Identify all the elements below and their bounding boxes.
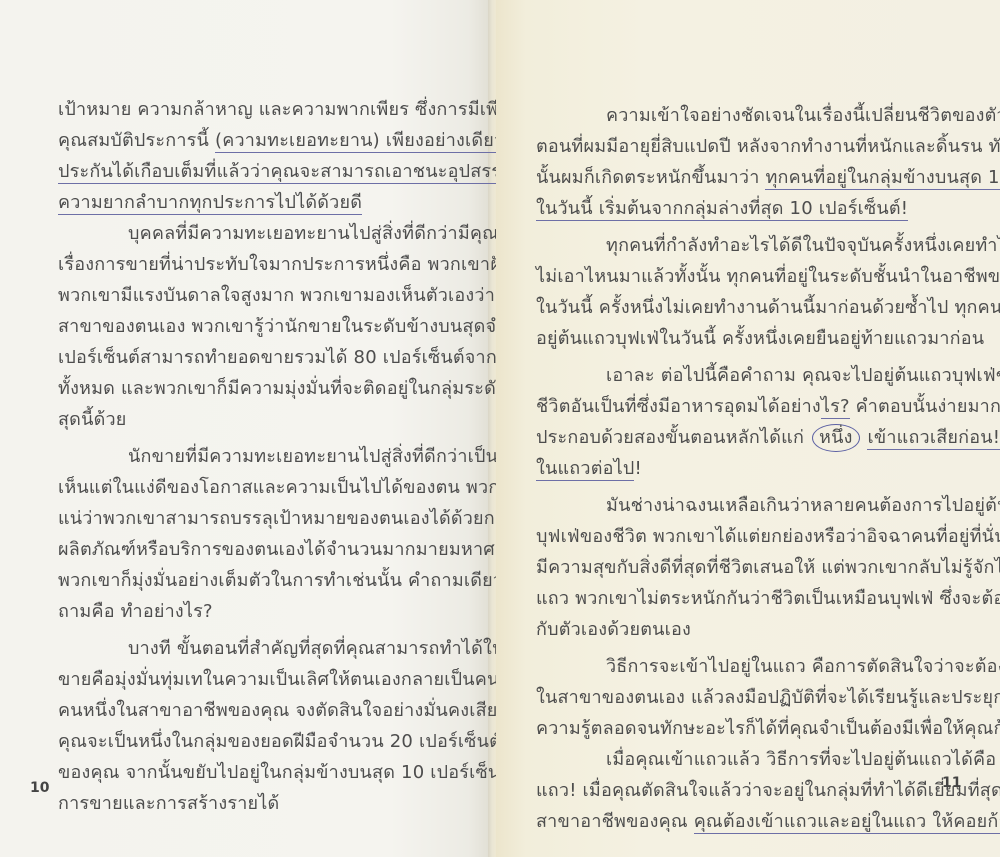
text-line-underlined: สาขาอาชีพของคุณ คุณต้องเข้าแถวและอยู่ในแ…	[536, 806, 951, 837]
text-line: ไม่เอาไหนมาแล้วทั้งนั้น ทุกคนที่อยู่ในระ…	[536, 261, 951, 292]
paragraph-start: บุคคลที่มีความทะเยอทะยานไปสู่สิ่งที่ดีกว…	[58, 218, 458, 249]
text-line: ของคุณ จากนั้นขยับไปอยู่ในกลุ่มข้างบนสุด…	[58, 757, 458, 788]
pen-underline: (ความทะเยอทะยาน) เพียงอย่างเดียวก็รับ	[215, 130, 537, 153]
paragraph-start: ความเข้าใจอย่างชัดเจนในเรื่องนี้เปลี่ยนช…	[536, 100, 951, 131]
pen-underline: ไร?	[821, 396, 850, 419]
pen-underline: ทุกคนที่อยู่ในกลุ่มข้างบนสุด 10 เปอร์เซ็…	[765, 167, 1000, 190]
text-line: แน่ว่าพวกเขาสามารถบรรลุเป้าหมายของตนเองไ…	[58, 503, 458, 534]
paragraph-start: ทุกคนที่กำลังทำอะไรได้ดีในปัจจุบันครั้งห…	[536, 230, 951, 261]
text-line: ความรู้ตลอดจนทักษะอะไรก็ได้ที่คุณจำเป็นต…	[536, 713, 951, 744]
text-line: เปอร์เซ็นต์สามารถทำยอดขายรวมได้ 80 เปอร์…	[58, 342, 458, 373]
text-line: สาขาของตนเอง พวกเขารู้ว่านักขายในระดับข้…	[58, 311, 458, 342]
pen-underline: ในแถวต่อไป	[536, 458, 634, 481]
text-line-underlined: ในวันนี้ เริ่มต้นจากกลุ่มล่างที่สุด 10 เ…	[536, 193, 951, 224]
text-line: เรื่องการขายที่น่าประทับใจมากประการหนึ่ง…	[58, 249, 458, 280]
text-line: เป้าหมาย ความกล้าหาญ และความพากเพียร ซึ่…	[58, 94, 458, 125]
text-line-underlined: ประกันได้เกือบเต็มที่แล้วว่าคุณจะสามารถเ…	[58, 156, 458, 187]
text-line-underlined: นั้นผมก็เกิดตระหนักขึ้นมาว่า ทุกคนที่อยู…	[536, 162, 951, 193]
text-line: การขายและการสร้างรายได้	[58, 788, 458, 819]
pen-circle: หนึ่ง	[812, 424, 860, 452]
text-line-underlined: ความยากลำบากทุกประการไปได้ด้วยดี	[58, 187, 458, 218]
text-line: แถว! เมื่อคุณตัดสินใจแล้วว่าจะอยู่ในกลุ่…	[536, 775, 951, 806]
text-line: สุดนี้ด้วย	[58, 404, 458, 435]
paragraph-start: เอาละ ต่อไปนี้คือคำถาม คุณจะไปอยู่ต้นแถว…	[536, 360, 951, 391]
pen-underline: คุณต้องเข้าแถวและอยู่ในแถว ให้คอยก้าวเท้…	[694, 811, 1000, 834]
text-line: พวกเขาก็มุ่งมั่นอย่างเต็มตัวในการทำเช่นน…	[58, 565, 458, 596]
right-page: ความเข้าใจอย่างชัดเจนในเรื่องนี้เปลี่ยนช…	[496, 0, 1000, 857]
text-line: คนหนึ่งในสาขาอาชีพของคุณ จงตัดสินใจอย่าง…	[58, 695, 458, 726]
pen-underline: ในวันนี้ เริ่มต้นจากกลุ่มล่างที่สุด 10 เ…	[536, 198, 908, 221]
text-line: กับตัวเองด้วยตนเอง	[536, 614, 951, 645]
paragraph-start: วิธีการจะเข้าไปอยู่ในแถว คือการตัดสินใจว…	[536, 651, 951, 682]
text-line: มีความสุขกับสิ่งดีที่สุดที่ชีวิตเสนอให้ …	[536, 552, 951, 583]
text-line: เห็นแต่ในแง่ดีของโอกาสและความเป็นไปได้ขอ…	[58, 472, 458, 503]
text-line: บุฟเฟ่ของชีวิต พวกเขาได้แต่ยกย่องหรือว่า…	[536, 521, 951, 552]
left-page-text: เป้าหมาย ความกล้าหาญ และความพากเพียร ซึ่…	[58, 94, 458, 819]
text-line-underlined: ชีวิตอันเป็นที่ซึ่งมีอาหารอุดมได้อย่างไร…	[536, 391, 951, 422]
pen-underline: เข้าแถวเสียก่อน!	[867, 427, 1000, 450]
text-line-underlined: ในแถวต่อไป!	[536, 453, 951, 484]
paragraph-start: นักขายที่มีความทะเยอทะยานไปสู่สิ่งที่ดีก…	[58, 441, 458, 472]
paragraph-start: มันช่างน่าฉงนเหลือเกินว่าหลายคนต้องการไป…	[536, 490, 951, 521]
pen-underline: ความยากลำบากทุกประการไปได้ด้วยดี	[58, 192, 362, 215]
page-number-right: 11	[942, 775, 961, 791]
text-line: ถามคือ ทำอย่างไร?	[58, 596, 458, 627]
text-line-underlined: คุณสมบัติประการนี้ (ความทะเยอทะยาน) เพีย…	[58, 125, 458, 156]
text-line: พวกเขามีแรงบันดาลใจสูงมาก พวกเขามองเห็นต…	[58, 280, 458, 311]
text-line: คุณจะเป็นหนึ่งในกลุ่มของยอดฝีมือจำนวน 20…	[58, 726, 458, 757]
text-line: แถว พวกเขาไม่ตระหนักกันว่าชีวิตเป็นเหมือ…	[536, 583, 951, 614]
text-line: ในสาขาของตนเอง แล้วลงมือปฏิบัติที่จะได้เ…	[536, 682, 951, 713]
paragraph-start: บางที ขั้นตอนที่สำคัญที่สุดที่คุณสามารถท…	[58, 633, 458, 664]
book-gutter	[488, 0, 496, 857]
text-line: ตอนที่ผมมีอายุยี่สิบแปดปี หลังจากทำงานที…	[536, 131, 951, 162]
book-spread: เป้าหมาย ความกล้าหาญ และความพากเพียร ซึ่…	[0, 0, 1000, 857]
pen-underline: ประกันได้เกือบเต็มที่แล้วว่าคุณจะสามารถเ…	[58, 161, 546, 184]
left-page: เป้าหมาย ความกล้าหาญ และความพากเพียร ซึ่…	[0, 0, 488, 857]
text-line: อยู่ต้นแถวบุฟเฟ่ในวันนี้ ครั้งหนึ่งเคยยื…	[536, 323, 951, 354]
text-line: ทั้งหมด และพวกเขาก็มีความมุ่งมั่นที่จะติ…	[58, 373, 458, 404]
text-line-annotated: ประกอบด้วยสองขั้นตอนหลักได้แก่ หนึ่ง เข้…	[536, 422, 951, 453]
page-number-left: 10	[30, 780, 49, 796]
text-line: ขายคือมุ่งมั่นทุ่มเทในความเป็นเลิศให้ตนเ…	[58, 664, 458, 695]
paragraph-start: เมื่อคุณเข้าแถวแล้ว วิธีการที่จะไปอยู่ต้…	[536, 744, 951, 775]
text-line: ผลิตภัณฑ์หรือบริการของตนเองได้จำนวนมากมา…	[58, 534, 458, 565]
text-line: ในวันนี้ ครั้งหนึ่งไม่เคยทำงานด้านนี้มาก…	[536, 292, 951, 323]
right-page-text: ความเข้าใจอย่างชัดเจนในเรื่องนี้เปลี่ยนช…	[536, 100, 951, 837]
